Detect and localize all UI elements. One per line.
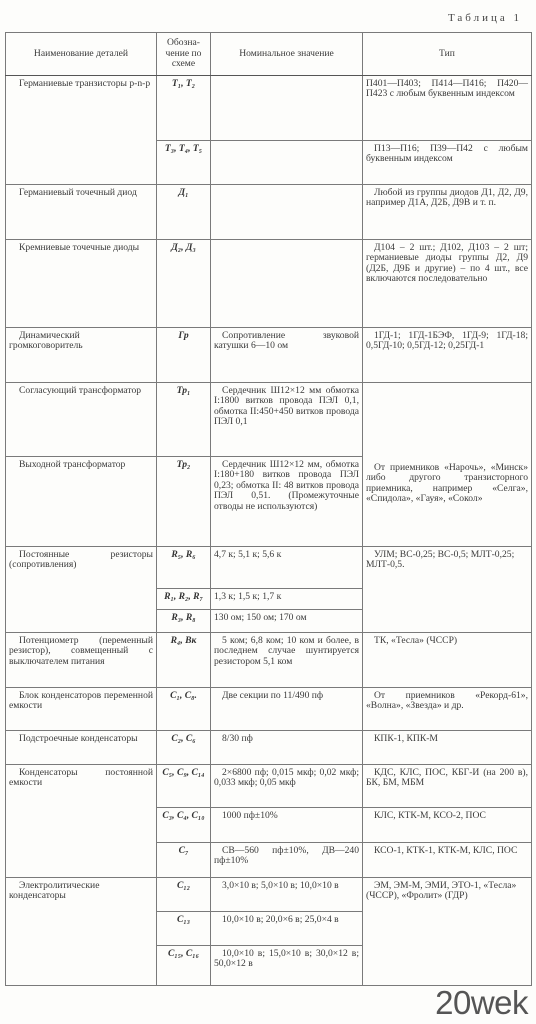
part-value: 130 ом; 150 ом; 170 ом	[211, 610, 363, 633]
part-name: Конденсаторы постоянной емкости	[6, 765, 157, 878]
part-type: От приемников «Рекорд-61», «Волна», «Зве…	[363, 688, 532, 731]
part-designation: C₁, C₈.	[157, 688, 211, 731]
part-type: ЭМ, ЭМ-М, ЭМИ, ЭТО-1, «Тесла» (ЧССР), «Ф…	[363, 878, 532, 986]
part-value: Сердечник Ш12×12 мм, обмотка I:180+180 в…	[211, 457, 363, 547]
part-type: КПК-1, КПК-М	[363, 731, 532, 765]
part-designation: R₁, R₂, R₇	[157, 589, 211, 610]
part-designation: T₃, T₄, T₅	[157, 141, 211, 185]
part-type-text: От приемников «Нарочь», «Минск» либо дру…	[366, 462, 528, 504]
part-designation: C₁₂	[157, 878, 211, 912]
part-value	[211, 76, 363, 141]
part-value	[211, 185, 363, 240]
part-name: Потенциометр (переменный резистор), совм…	[6, 633, 157, 688]
part-name: Динамический громкоговоритель	[6, 328, 157, 383]
part-name: Постоянные резисторы (сопротивления)	[6, 547, 157, 633]
part-value: Сердечник Ш12×12 мм обмотка I:1800 витко…	[211, 383, 363, 457]
table-row: Динамический громкоговоритель Гр Сопроти…	[6, 328, 532, 383]
part-type: 1ГД-1; 1ГД-1БЭФ, 1ГД-9; 1ГД-18; 0,5ГД-10…	[363, 328, 532, 383]
part-name: Согласующий трансформатор	[6, 383, 157, 457]
part-designation: C₅, C₉, C₁₄	[157, 765, 211, 808]
part-value: Сопротивление звуковой катушки 6—10 ом	[211, 328, 363, 383]
part-value: Две секции по 11/490 пф	[211, 688, 363, 731]
table-row: Конденсаторы постоянной емкости C₅, C₉, …	[6, 765, 532, 808]
part-designation: Д₂, Д₃	[157, 240, 211, 328]
part-value: 1,3 к; 1,5 к; 1,7 к	[211, 589, 363, 610]
header-value: Номинальное значение	[211, 33, 363, 76]
watermark: 20wek	[435, 984, 528, 1022]
part-designation: R₄, Вк	[157, 633, 211, 688]
part-designation: Д₁	[157, 185, 211, 240]
part-type: От приемников «Нарочь», «Минск» либо дру…	[363, 383, 532, 547]
part-designation: C₁₃	[157, 912, 211, 946]
table-row: Постоянные резисторы (сопротивления) R₅,…	[6, 547, 532, 589]
part-type: ТК, «Тесла» (ЧССР)	[363, 633, 532, 688]
part-value: СВ—560 пф±10%, ДВ—240 пф±10%	[211, 843, 363, 878]
part-name: Германиевые транзисторы p-n-p	[6, 76, 157, 185]
part-name: Блок конденсаторов переменной емкости	[6, 688, 157, 731]
part-value: 10,0×10 в; 20,0×6 в; 25,0×4 в	[211, 912, 363, 946]
part-value	[211, 141, 363, 185]
header-designation: Обозна-чение по схеме	[157, 33, 211, 76]
part-type: УЛМ; ВС-0,25; ВС-0,5; МЛТ-0,25; МЛТ-0,5.	[363, 547, 532, 633]
part-designation: R₃, R₈	[157, 610, 211, 633]
part-designation: C₃, C₄, C₁₀	[157, 808, 211, 843]
part-value: 4,7 к; 5,1 к; 5,6 к	[211, 547, 363, 589]
part-type: Любой из группы диодов Д1, Д2, Д9, напри…	[363, 185, 532, 240]
part-value: 5 ком; 6,8 ком; 10 ком и более, в послед…	[211, 633, 363, 688]
part-name: Кремниевые точечные диоды	[6, 240, 157, 328]
part-type: КСО-1, КТК-1, КТК-М, КЛС, ПОС	[363, 843, 532, 878]
part-type: П13—П16; П39—П42 с любым буквенным индек…	[363, 141, 532, 185]
part-designation: T₁, T₂	[157, 76, 211, 141]
part-value: 10,0×10 в; 15,0×10 в; 30,0×12 в; 50,0×12…	[211, 946, 363, 986]
part-designation: C₇	[157, 843, 211, 878]
part-value	[211, 240, 363, 328]
part-type: КДС, КЛС, ПОС, КБГ-И (на 200 в), БК, БМ,…	[363, 765, 532, 808]
part-designation: Тр₁	[157, 383, 211, 457]
part-type: КЛС, КТК-М, КСО-2, ПОС	[363, 808, 532, 843]
part-value: 3,0×10 в; 5,0×10 в; 10,0×10 в	[211, 878, 363, 912]
part-type: Д104 – 2 шт.; Д102, Д103 – 2 шт; германи…	[363, 240, 532, 328]
header-name: Наименование деталей	[6, 33, 157, 76]
part-name: Выходной трансформатор	[6, 457, 157, 547]
table-row: Подстроечные конденсаторы C₂, C₆ 8/30 пф…	[6, 731, 532, 765]
table-row: Блок конденсаторов переменной емкости C₁…	[6, 688, 532, 731]
part-designation: Тр₂	[157, 457, 211, 547]
part-type: П401—П403; П414—П416; П420—П423 с любым …	[363, 76, 532, 141]
part-value: 8/30 пф	[211, 731, 363, 765]
part-designation: C₂, C₆	[157, 731, 211, 765]
table-row: Потенциометр (переменный резистор), совм…	[6, 633, 532, 688]
table-row: Германиевый точечный диод Д₁ Любой из гр…	[6, 185, 532, 240]
part-name: Германиевый точечный диод	[6, 185, 157, 240]
table-caption: Таблица 1	[448, 12, 522, 24]
part-designation: Гр	[157, 328, 211, 383]
part-designation: C₁₅, C₁₆	[157, 946, 211, 986]
part-value: 2×6800 пф; 0,015 мкф; 0,02 мкф; 0,033 мк…	[211, 765, 363, 808]
parts-table: Наименование деталей Обозна-чение по схе…	[5, 32, 532, 986]
header-type: Тип	[363, 33, 532, 76]
table-row: Согласующий трансформатор Тр₁ Сердечник …	[6, 383, 532, 457]
part-designation: R₅, R₆	[157, 547, 211, 589]
table-row: Германиевые транзисторы p-n-p T₁, T₂ П40…	[6, 76, 532, 141]
table-header-row: Наименование деталей Обозна-чение по схе…	[6, 33, 532, 76]
part-name: Подстроечные конденсаторы	[6, 731, 157, 765]
part-name: Электролитические конденсаторы	[6, 878, 157, 986]
table-row: Электролитические конденсаторы C₁₂ 3,0×1…	[6, 878, 532, 912]
part-value: 1000 пф±10%	[211, 808, 363, 843]
table-row: Кремниевые точечные диоды Д₂, Д₃ Д104 – …	[6, 240, 532, 328]
